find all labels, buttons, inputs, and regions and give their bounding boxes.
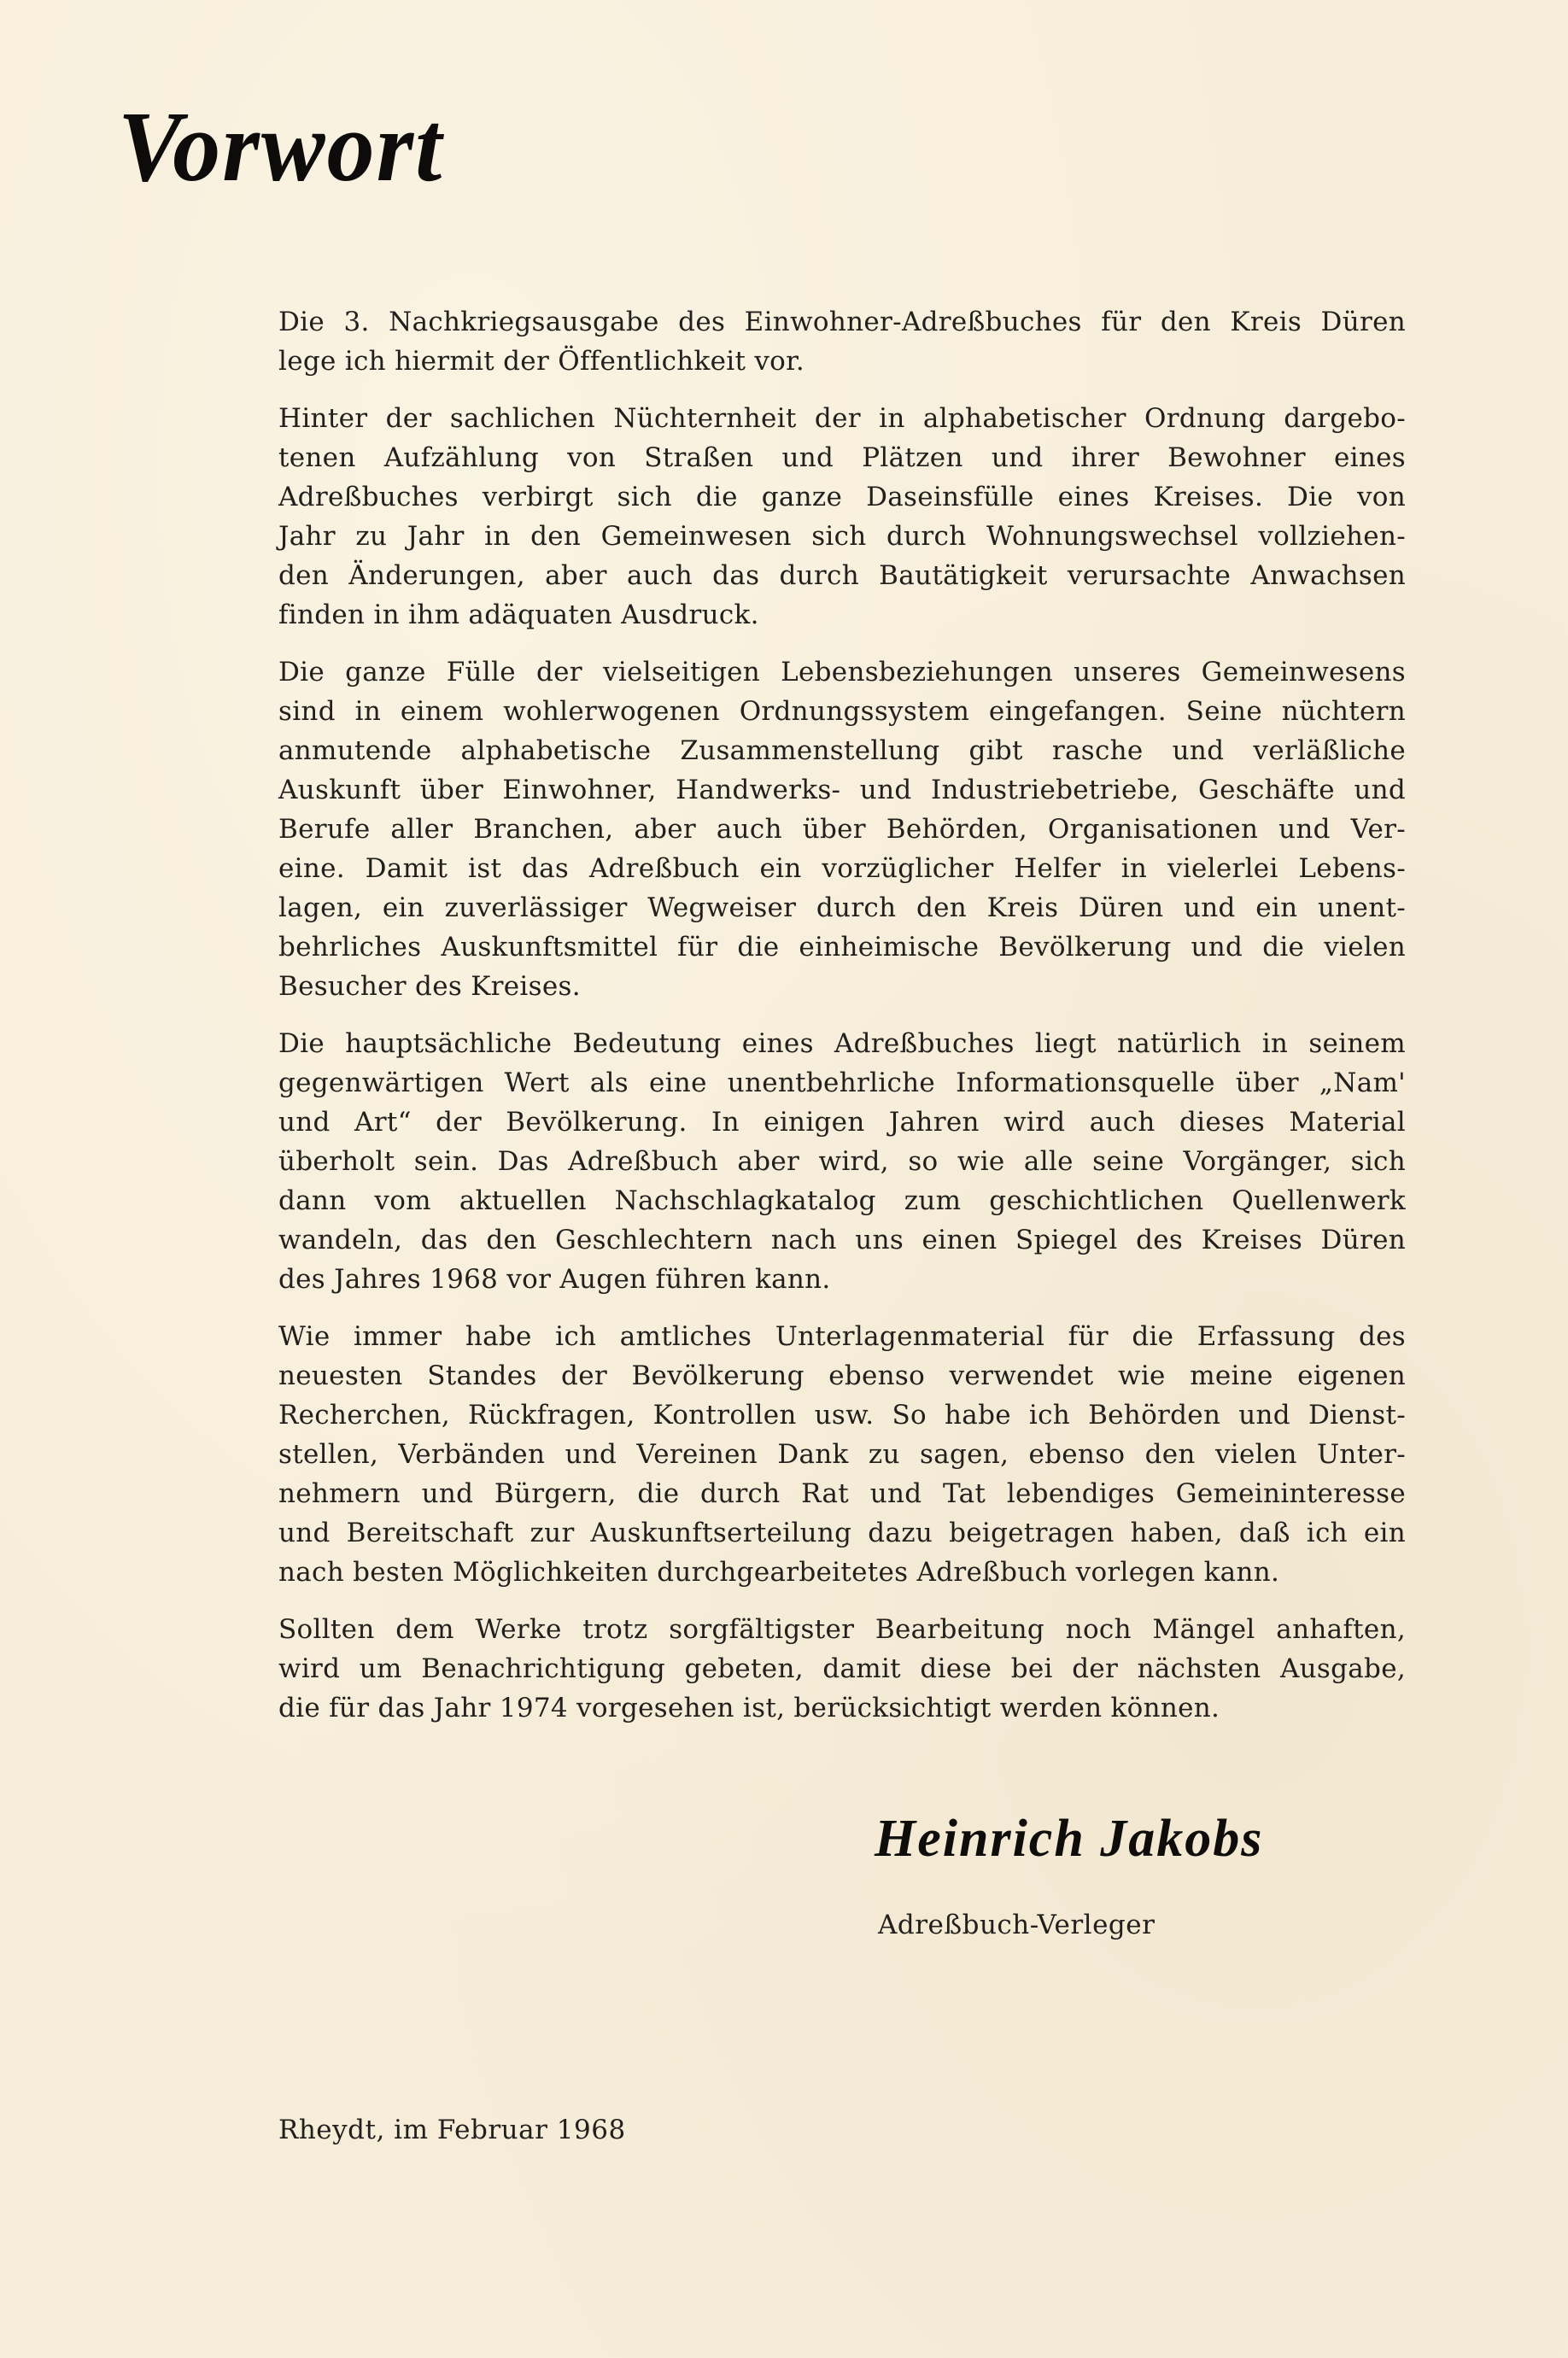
- page-title: Vorwort: [118, 90, 443, 205]
- text-line: Adreßbuches verbirgt sich die ganze Dase…: [278, 477, 1406, 517]
- paragraph: Die 3. Nachkriegsausgabe des Einwohner-A…: [278, 302, 1406, 381]
- paragraph: Sollten dem Werke trotz sorgfältigster B…: [278, 1610, 1406, 1728]
- text-line: dann vom aktuellen Nachschlagkatalog zum…: [278, 1181, 1406, 1220]
- text-line: überholt sein. Das Adreßbuch aber wird, …: [278, 1142, 1406, 1181]
- text-line: Die hauptsächliche Bedeutung eines Adreß…: [278, 1024, 1406, 1063]
- text-line: Die ganze Fülle der vielseitigen Lebensb…: [278, 652, 1406, 692]
- text-line: und Bereitschaft zur Auskunftserteilung …: [278, 1513, 1406, 1553]
- text-line: gegenwärtigen Wert als eine unentbehrlic…: [278, 1063, 1406, 1103]
- text-line: anmutende alphabetische Zusammenstellung…: [278, 731, 1406, 770]
- text-line: lagen, ein zuverlässiger Wegweiser durch…: [278, 888, 1406, 927]
- paragraph: Die hauptsächliche Bedeutung eines Adreß…: [278, 1024, 1406, 1299]
- text-line: den Änderungen, aber auch das durch Baut…: [278, 556, 1406, 595]
- text-line: wandeln, das den Geschlechtern nach uns …: [278, 1220, 1406, 1260]
- text-line: Hinter der sachlichen Nüchternheit der i…: [278, 399, 1406, 438]
- text-line: und Art“ der Bevölkerung. In einigen Jah…: [278, 1103, 1406, 1142]
- text-line: Die 3. Nachkriegsausgabe des Einwohner-A…: [278, 302, 1406, 342]
- signer-role: Adreßbuch-Verleger: [878, 1910, 1155, 1940]
- text-line: sind in einem wohlerwogenen Ordnungssyst…: [278, 692, 1406, 731]
- text-line: eine. Damit ist das Adreßbuch ein vorzüg…: [278, 849, 1406, 888]
- paragraph: Wie immer habe ich amtliches Unterlagenm…: [278, 1317, 1406, 1592]
- text-line: Recherchen, Rückfragen, Kontrollen usw. …: [278, 1395, 1406, 1435]
- text-line: Auskunft über Einwohner, Handwerks- und …: [278, 770, 1406, 810]
- place-and-date: Rheydt, im Februar 1968: [278, 2115, 626, 2145]
- paragraph: Hinter der sachlichen Nüchternheit der i…: [278, 399, 1406, 635]
- text-line: Berufe aller Branchen, aber auch über Be…: [278, 810, 1406, 849]
- text-line: stellen, Verbänden und Vereinen Dank zu …: [278, 1435, 1406, 1474]
- text-line: tenen Aufzählung von Straßen und Plätzen…: [278, 438, 1406, 477]
- text-line: behrliches Auskunftsmittel für die einhe…: [278, 927, 1406, 967]
- text-line: des Jahres 1968 vor Augen führen kann.: [278, 1260, 1406, 1299]
- text-line: Besucher des Kreises.: [278, 967, 1406, 1006]
- text-line: nach besten Möglichkeiten durchgearbeite…: [278, 1553, 1406, 1592]
- text-line: finden in ihm adäquaten Ausdruck.: [278, 595, 1406, 635]
- paragraph: Die ganze Fülle der vielseitigen Lebensb…: [278, 652, 1406, 1006]
- text-line: die für das Jahr 1974 vorgesehen ist, be…: [278, 1688, 1406, 1728]
- text-line: lege ich hiermit der Öffentlichkeit vor.: [278, 342, 1406, 381]
- text-line: Wie immer habe ich amtliches Unterlagenm…: [278, 1317, 1406, 1356]
- text-line: neuesten Standes der Bevölkerung ebenso …: [278, 1356, 1406, 1395]
- text-line: nehmern und Bürgern, die durch Rat und T…: [278, 1474, 1406, 1513]
- signature: Heinrich Jakobs: [875, 1809, 1263, 1869]
- text-line: wird um Benachrichtigung gebeten, damit …: [278, 1649, 1406, 1688]
- text-line: Sollten dem Werke trotz sorgfältigster B…: [278, 1610, 1406, 1649]
- text-line: Jahr zu Jahr in den Gemeinwesen sich dur…: [278, 517, 1406, 556]
- foreword-body: Die 3. Nachkriegsausgabe des Einwohner-A…: [278, 302, 1406, 1746]
